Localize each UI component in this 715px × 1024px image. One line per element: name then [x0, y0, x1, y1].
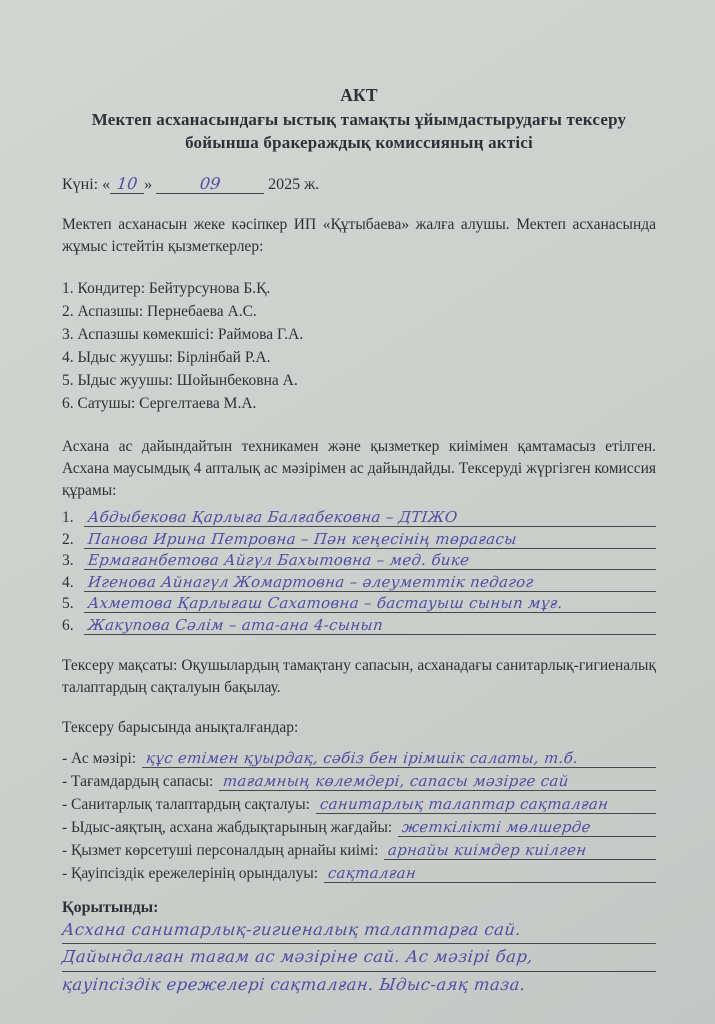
findings-header: Тексеру барысында анықталғандар: — [62, 719, 656, 737]
conclusion-section: Қорытынды: Асхана санитарлық-гигиеналық … — [62, 899, 656, 999]
finding-row: - Тағамдардың сапасы: тағамның көлемдері… — [62, 768, 656, 791]
date-suffix: 2025 ж. — [268, 176, 319, 193]
date-month-handwritten: 09 — [156, 174, 264, 194]
staff-item: 3. Аспазшы көмекшісі: Раймова Г.А. — [62, 324, 656, 347]
finding-row: - Қызмет көрсетуші персоналдың арнайы ки… — [62, 837, 656, 860]
commission-number: 2. — [62, 531, 84, 549]
finding-value-handwritten: сақталған — [324, 864, 656, 883]
finding-value-handwritten: тағамның көлемдері, сапасы мәзірге сай — [219, 772, 656, 791]
commission-row: 6. Жакупова Сәлім – ата-ана 4-сынып — [62, 613, 656, 635]
purpose-paragraph: Тексеру мақсаты: Оқушылардың тамақтану с… — [62, 655, 656, 699]
commission-list: 1. Абдыбекова Қарлыға Балғабековна – ДТІ… — [62, 506, 656, 635]
scanned-document-photo: АКТ Мектеп асханасындағы ыстық тамақты ұ… — [0, 0, 715, 1024]
commission-entry-handwritten: Ахметова Қарлығаш Сахатовна – бастауыш с… — [84, 594, 656, 613]
staff-list: 1. Кондитер: Бейтурсунова Б.Қ. 2. Аспазш… — [62, 278, 656, 416]
finding-label: - Ыдыс-аяқтың, асхана жабдықтарының жағд… — [62, 819, 398, 837]
commission-row: 2. Панова Ирина Петровна – Пән кеңесінің… — [62, 527, 656, 549]
finding-label: - Қызмет көрсетуші персоналдың арнайы ки… — [62, 842, 384, 860]
finding-value-handwritten: арнайы киімдер киілген — [384, 841, 656, 860]
staff-item: 2. Аспазшы: Пернебаева А.С. — [62, 301, 656, 324]
commission-number: 4. — [62, 574, 84, 592]
document-page: АКТ Мектеп асханасындағы ыстық тамақты ұ… — [62, 84, 656, 999]
commission-entry-handwritten: Панова Ирина Петровна – Пән кеңесінің тө… — [84, 530, 656, 549]
finding-value-handwritten: жеткілікті мөлшерде — [398, 818, 656, 837]
conclusion-line-handwritten: Асхана санитарлық-гигиеналық талаптарға … — [62, 917, 656, 945]
conclusion-line-handwritten: Дайындалған тағам ас мәзіріне сай. Ас мә… — [62, 944, 656, 972]
finding-row: - Қауіпсіздік ережелерінің орындалуы: са… — [62, 860, 656, 883]
finding-row: - Ас мәзірі: құс етімен қуырдақ, сәбіз б… — [62, 745, 656, 768]
finding-label: - Ас мәзірі: — [62, 750, 142, 768]
commission-row: 4. Игенова Айнагүл Жомартовна – әлеуметт… — [62, 570, 656, 592]
staff-item: 5. Ыдыс жуушы: Шойынбековна А. — [62, 370, 656, 393]
date-quote-close: » — [144, 176, 152, 193]
date-day-handwritten: 10 — [110, 174, 144, 194]
finding-label: - Санитарлық талаптардың сақталуы: — [62, 796, 316, 814]
document-subtitle: Мектеп асханасындағы ыстық тамақты ұйымд… — [62, 109, 656, 154]
findings-list: - Ас мәзірі: құс етімен қуырдақ, сәбіз б… — [62, 745, 656, 883]
commission-entry-handwritten: Игенова Айнагүл Жомартовна – әлеуметтік … — [84, 573, 656, 592]
conclusion-line-handwritten: қауіпсіздік ережелері сақталған. Ыдыс-ая… — [62, 972, 656, 999]
conclusion-label: Қорытынды: — [62, 899, 656, 917]
finding-row: - Ыдыс-аяқтың, асхана жабдықтарының жағд… — [62, 814, 656, 837]
equipment-paragraph: Асхана ас дайындайтын техникамен және қы… — [62, 436, 656, 502]
document-header: АКТ Мектеп асханасындағы ыстық тамақты ұ… — [62, 84, 656, 154]
staff-item: 4. Ыдыс жуушы: Бірлінбай Р.А. — [62, 347, 656, 370]
finding-value-handwritten: санитарлық талаптар сақталған — [316, 795, 656, 814]
date-prefix: Күні: « — [62, 176, 110, 193]
staff-item: 6. Сатушы: Сергелтаева М.А. — [62, 393, 656, 416]
commission-row: 5. Ахметова Қарлығаш Сахатовна – бастауы… — [62, 592, 656, 614]
commission-number: 6. — [62, 617, 84, 635]
commission-number: 5. — [62, 595, 84, 613]
commission-entry-handwritten: Ермағанбетова Айгүл Бахытовна – мед. бик… — [84, 551, 656, 570]
finding-row: - Санитарлық талаптардың сақталуы: санит… — [62, 791, 656, 814]
commission-number: 3. — [62, 552, 84, 570]
document-title: АКТ — [62, 84, 656, 107]
finding-label: - Қауіпсіздік ережелерінің орындалуы: — [62, 865, 324, 883]
commission-row: 3. Ермағанбетова Айгүл Бахытовна – мед. … — [62, 549, 656, 571]
finding-value-handwritten: құс етімен қуырдақ, сәбіз бен ірімшік са… — [142, 749, 656, 768]
finding-label: - Тағамдардың сапасы: — [62, 773, 219, 791]
staff-item: 1. Кондитер: Бейтурсунова Б.Қ. — [62, 278, 656, 301]
date-line: Күні: «10» 09 2025 ж. — [62, 174, 656, 194]
intro-paragraph: Мектеп асханасын жеке кәсіпкер ИП «Құтыб… — [62, 214, 656, 258]
commission-row: 1. Абдыбекова Қарлыға Балғабековна – ДТІ… — [62, 506, 656, 528]
commission-entry-handwritten: Абдыбекова Қарлыға Балғабековна – ДТІЖО — [84, 508, 656, 527]
commission-entry-handwritten: Жакупова Сәлім – ата-ана 4-сынып — [84, 616, 656, 635]
commission-number: 1. — [62, 509, 84, 527]
